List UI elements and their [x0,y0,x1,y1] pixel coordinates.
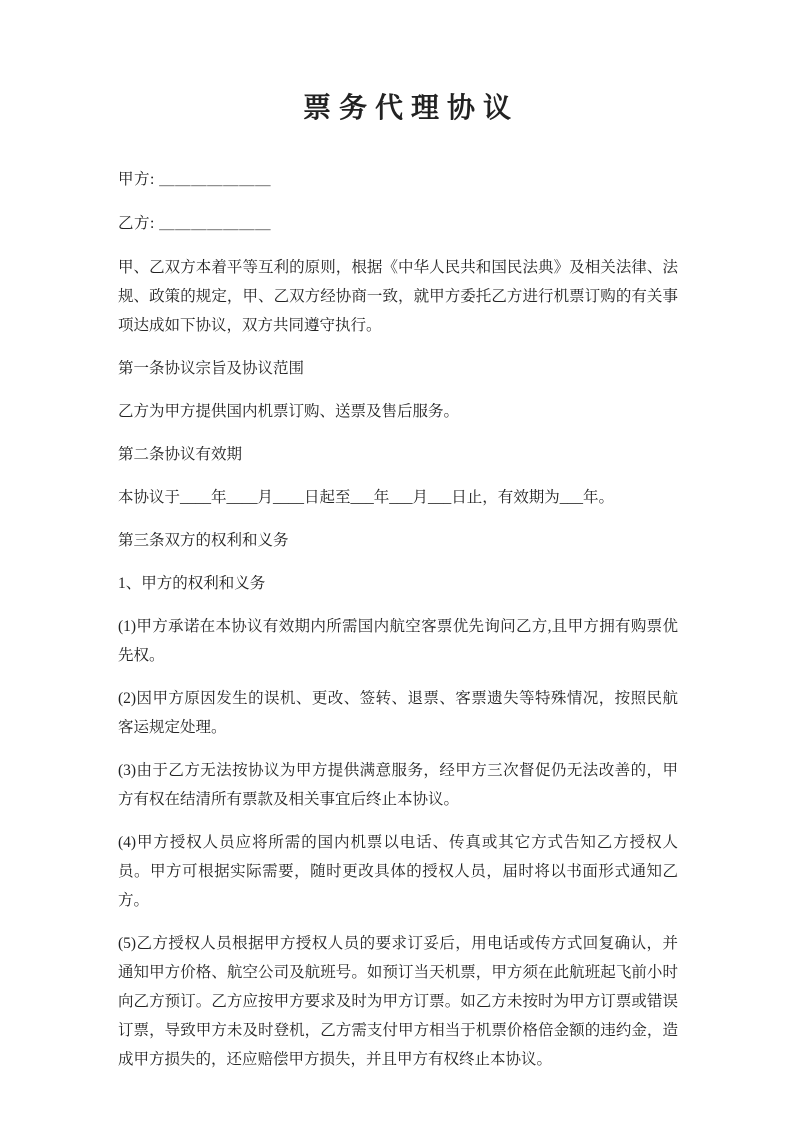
article-3-clause-3: (3)由于乙方无法按协议为甲方提供满意服务，经甲方三次督促仍无法改善的，甲方有权… [118,756,678,814]
article-3-clause-5: (5)乙方授权人员根据甲方授权人员的要求订妥后，用电话或传方式回复确认，并通知甲… [118,929,678,1074]
party-a-line: 甲方: ＿＿＿＿＿＿＿ [118,165,678,194]
article-2-term-line: 本协议于____年____月____日起至___年___月___日止，有效期为_… [118,483,678,512]
article-3-clause-2: (2)因甲方原因发生的误机、更改、签转、退票、客票遗失等特殊情况，按照民航客运规… [118,684,678,742]
article-3-clause-4: (4)甲方授权人员应将所需的国内机票以电话、传真或其它方式告知乙方授权人员。甲方… [118,828,678,915]
party-b-line: 乙方: ＿＿＿＿＿＿＿ [118,209,678,238]
article-2-heading: 第二条协议有效期 [118,440,678,469]
article-3-heading: 第三条双方的权利和义务 [118,526,678,555]
article-3-item-1-heading: 1、甲方的权利和义务 [118,569,678,598]
article-1-body: 乙方为甲方提供国内机票订购、送票及售后服务。 [118,397,678,426]
document-title: 票务代理协议 [118,92,678,125]
document-page: 票务代理协议 甲方: ＿＿＿＿＿＿＿ 乙方: ＿＿＿＿＿＿＿ 甲、乙双方本着平等… [0,0,793,1122]
preamble-paragraph: 甲、乙双方本着平等互利的原则，根据《中华人民共和国民法典》及相关法律、法规、政策… [118,253,678,340]
article-3-clause-1: (1)甲方承诺在本协议有效期内所需国内航空客票优先询问乙方,且甲方拥有购票优先权… [118,612,678,670]
article-1-heading: 第一条协议宗旨及协议范围 [118,354,678,383]
